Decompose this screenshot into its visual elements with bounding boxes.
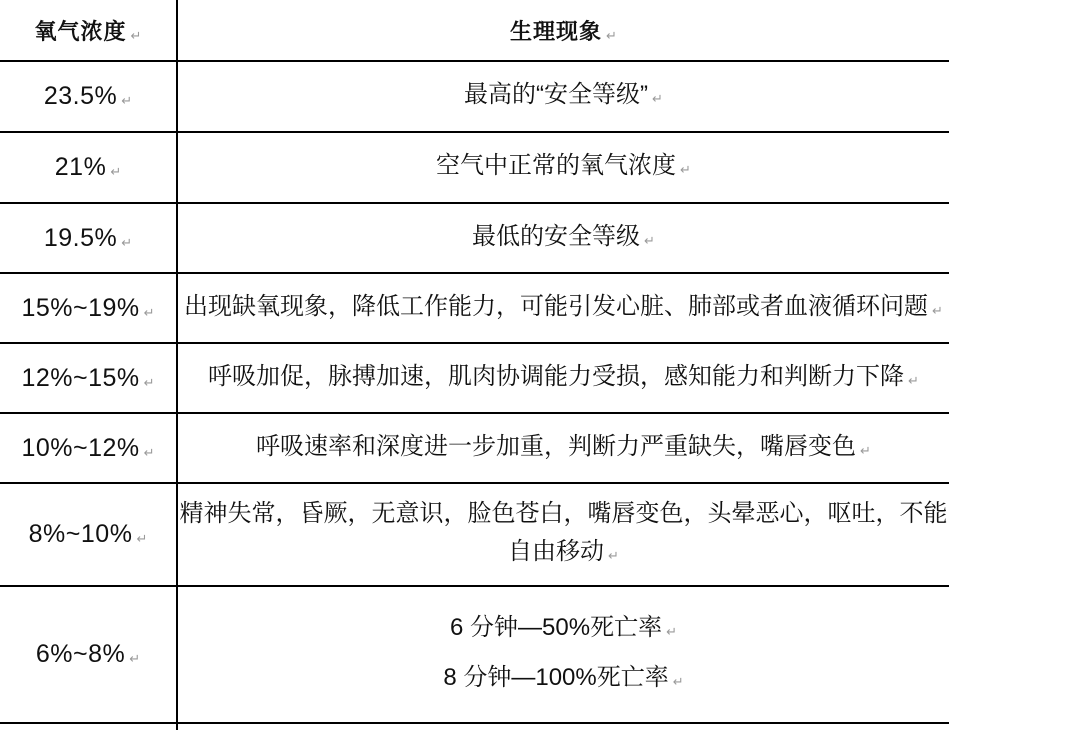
phenomenon-text: 呼吸速率和深度进一步加重，判断力严重缺失，嘴唇变色 <box>256 433 856 460</box>
document-page: 氧气浓度↵ 生理现象↵ 23.5%↵最高的“安全等级”↵21%↵空气中正常的氧气… <box>0 0 1074 738</box>
table-row: 6%~8%↵6 分钟—50%死亡率↵8 分钟—100%死亡率↵ <box>0 586 949 723</box>
phenomenon-text: 最低的安全等级 <box>472 223 640 250</box>
paragraph-mark-icon: ↵ <box>121 93 132 108</box>
phenomenon-paragraph: 最高的“安全等级”↵ <box>178 76 949 117</box>
concentration-cell: 12%~15%↵ <box>0 343 177 413</box>
paragraph-mark-icon: ↵ <box>860 443 871 458</box>
phenomenon-paragraph: 8 分钟—100%死亡率↵ <box>178 659 949 700</box>
concentration-value: 21% <box>55 153 107 181</box>
header-label: 生理现象 <box>510 19 602 44</box>
phenomenon-cell: 空气中正常的氧气浓度↵ <box>177 132 949 203</box>
phenomenon-paragraph: 6 分钟—50%死亡率↵ <box>178 609 949 650</box>
paragraph-mark-icon: ↵ <box>144 305 155 320</box>
table-row: 19.5%↵最低的安全等级↵ <box>0 203 949 273</box>
oxygen-concentration-table: 氧气浓度↵ 生理现象↵ 23.5%↵最高的“安全等级”↵21%↵空气中正常的氧气… <box>0 0 949 730</box>
paragraph-mark-icon: ↵ <box>608 548 619 563</box>
phenomenon-cell: 呼吸加促，脉搏加速，肌肉协调能力受损，感知能力和判断力下降↵ <box>177 343 949 413</box>
phenomenon-text: 8 分钟—100%死亡率 <box>443 664 668 691</box>
paragraph-mark-icon: ↵ <box>144 375 155 390</box>
concentration-value: 6%~8% <box>36 640 125 668</box>
concentration-cell: 8%~10%↵ <box>0 483 177 586</box>
paragraph-mark-icon: ↵ <box>666 624 677 639</box>
header-physiological-phenomena: 生理现象↵ <box>177 0 949 61</box>
table-row: 12%~15%↵呼吸加促，脉搏加速，肌肉协调能力受损，感知能力和判断力下降↵ <box>0 343 949 413</box>
paragraph-mark-icon: ↵ <box>110 164 121 179</box>
phenomenon-text: 6 分钟—50%死亡率 <box>450 614 662 641</box>
table-row: 8%~10%↵精神失常，昏厥，无意识，脸色苍白，嘴唇变色，头晕恶心，呕吐，不能自… <box>0 483 949 586</box>
header-oxygen-concentration: 氧气浓度↵ <box>0 0 177 61</box>
concentration-value: 15%~19% <box>21 294 139 322</box>
table-row: 21%↵空气中正常的氧气浓度↵ <box>0 132 949 203</box>
table-body: 23.5%↵最高的“安全等级”↵21%↵空气中正常的氧气浓度↵19.5%↵最低的… <box>0 61 949 730</box>
concentration-value: 19.5% <box>44 224 117 252</box>
paragraph-mark-icon: ↵ <box>652 91 663 106</box>
concentration-value: 10%~12% <box>21 434 139 462</box>
concentration-cell: 19.5%↵ <box>0 203 177 273</box>
concentration-value: 12%~15% <box>21 364 139 392</box>
paragraph-mark-icon: ↵ <box>932 303 943 318</box>
phenomenon-text: 空气中正常的氧气浓度 <box>436 152 676 179</box>
phenomenon-cell: 精神失常，昏厥，无意识，脸色苍白，嘴唇变色，头晕恶心，呕吐，不能自由移动↵ <box>177 483 949 586</box>
phenomenon-paragraph: 呼吸速率和深度进一步加重，判断力严重缺失，嘴唇变色↵ <box>178 428 949 469</box>
phenomenon-cell: 呼吸速率和深度进一步加重，判断力严重缺失，嘴唇变色↵ <box>177 413 949 483</box>
paragraph-mark-icon: ↵ <box>606 28 617 43</box>
header-row: 氧气浓度↵ 生理现象↵ <box>0 0 949 61</box>
paragraph-mark-icon: ↵ <box>644 233 655 248</box>
phenomenon-cell: 最高的“安全等级”↵ <box>177 61 949 132</box>
table-row: 10%~12%↵呼吸速率和深度进一步加重，判断力严重缺失，嘴唇变色↵ <box>0 413 949 483</box>
concentration-cell: 21%↵ <box>0 132 177 203</box>
table-row: 15%~19%↵出现缺氧现象，降低工作能力，可能引发心脏、肺部或者血液循环问题↵ <box>0 273 949 343</box>
phenomenon-text: 最高的“安全等级” <box>464 81 648 108</box>
phenomenon-paragraph: 精神失常，昏厥，无意识，脸色苍白，嘴唇变色，头晕恶心，呕吐，不能自由移动↵ <box>178 495 949 574</box>
phenomenon-cell <box>177 723 949 730</box>
paragraph-mark-icon: ↵ <box>908 373 919 388</box>
table-row: 23.5%↵最高的“安全等级”↵ <box>0 61 949 132</box>
paragraph-mark-icon: ↵ <box>131 28 142 43</box>
paragraph-mark-icon: ↵ <box>121 235 132 250</box>
concentration-cell: 10%~12%↵ <box>0 413 177 483</box>
concentration-cell: 15%~19%↵ <box>0 273 177 343</box>
phenomenon-text: 精神失常，昏厥，无意识，脸色苍白，嘴唇变色，头晕恶心，呕吐，不能自由移动 <box>180 500 948 565</box>
concentration-cell: 23.5%↵ <box>0 61 177 132</box>
concentration-value: 8%~10% <box>29 520 133 548</box>
phenomenon-cell: 出现缺氧现象，降低工作能力，可能引发心脏、肺部或者血液循环问题↵ <box>177 273 949 343</box>
concentration-cell <box>0 723 177 730</box>
phenomenon-text: 呼吸加促，脉搏加速，肌肉协调能力受损，感知能力和判断力下降 <box>208 363 904 390</box>
paragraph-mark-icon: ↵ <box>680 162 691 177</box>
partial-cropped-row <box>0 723 949 730</box>
header-label: 氧气浓度 <box>35 19 127 44</box>
phenomenon-paragraph: 空气中正常的氧气浓度↵ <box>178 147 949 188</box>
phenomenon-paragraph: 最低的安全等级↵ <box>178 218 949 259</box>
paragraph-mark-icon: ↵ <box>144 445 155 460</box>
paragraph-mark-icon: ↵ <box>136 531 147 546</box>
phenomenon-paragraph: 呼吸加促，脉搏加速，肌肉协调能力受损，感知能力和判断力下降↵ <box>178 358 949 399</box>
paragraph-mark-icon: ↵ <box>673 674 684 689</box>
phenomenon-text: 出现缺氧现象，降低工作能力，可能引发心脏、肺部或者血液循环问题 <box>184 293 928 320</box>
phenomenon-cell: 6 分钟—50%死亡率↵8 分钟—100%死亡率↵ <box>177 586 949 723</box>
phenomenon-cell: 最低的安全等级↵ <box>177 203 949 273</box>
phenomenon-paragraph: 出现缺氧现象，降低工作能力，可能引发心脏、肺部或者血液循环问题↵ <box>178 288 949 329</box>
concentration-value: 23.5% <box>44 82 117 110</box>
concentration-cell: 6%~8%↵ <box>0 586 177 723</box>
paragraph-mark-icon: ↵ <box>129 651 140 666</box>
